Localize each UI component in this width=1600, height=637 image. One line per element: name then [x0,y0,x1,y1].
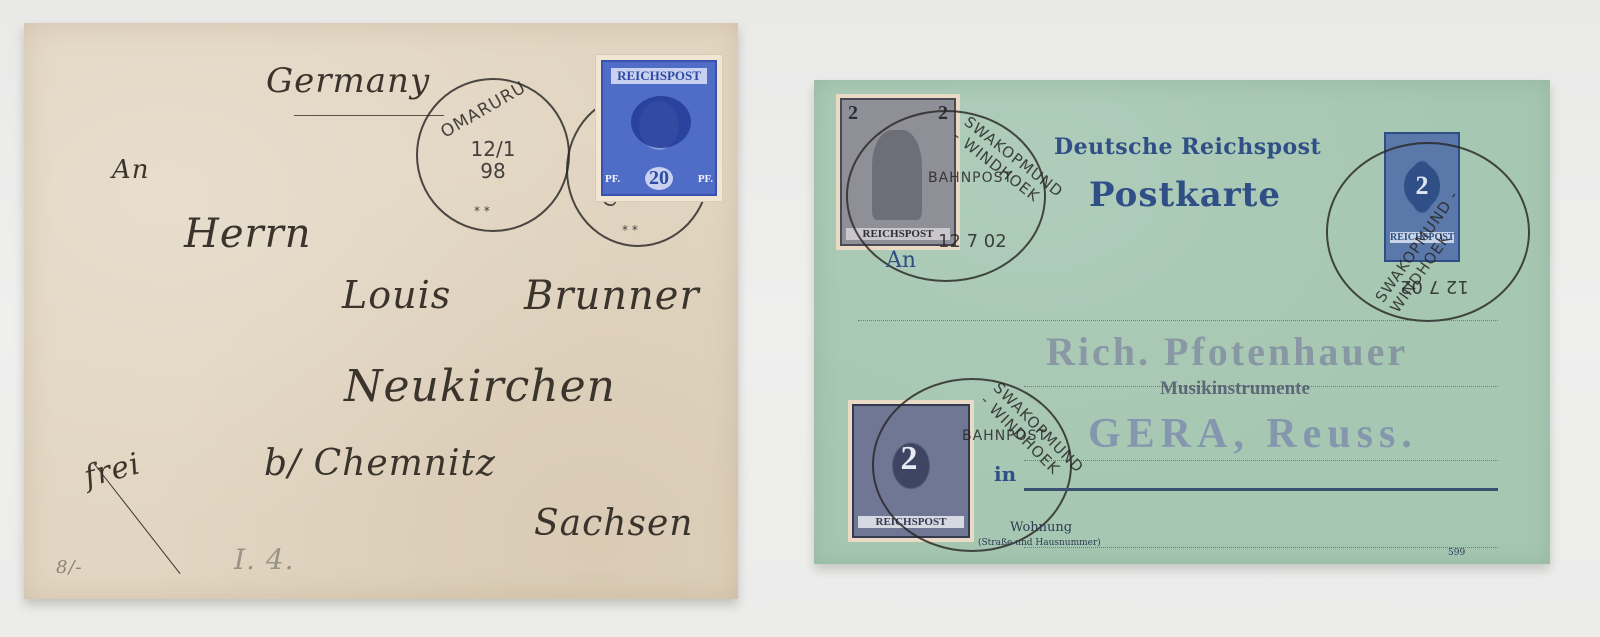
postmark-town: OMARURU [437,78,529,143]
eagle-icon [631,96,691,148]
rubber-stamp-city: GERA, Reuss. [1088,410,1418,458]
postmark-bahnpost-1: SWAKOPMUND - WINDHOEK BAHNPOST 12 7 02 [846,110,1046,282]
postmark-bahnpost: BAHNPOST [962,428,1047,444]
postmark-date-day: 12/1 [458,138,528,160]
stamp-currency-right: PF. [698,173,713,185]
postmark-route: SWAKOPMUND - WINDHOEK [950,113,1067,215]
handwritten-district: b/ Chemnitz [264,443,496,484]
handwritten-town: Neukirchen [344,361,616,412]
underline [294,115,444,116]
postmark-stars: * * [474,204,490,218]
postmark-date: 12 7 02 [1400,276,1469,296]
handwritten-destination-country: Germany [266,61,430,101]
stamp-currency-left: PF. [605,173,620,185]
city-line [1024,488,1498,491]
postmark-stars: * * [622,223,638,237]
postmark-bahnpost: BAHNPOST [928,170,1013,186]
postmark-date: 12 7 02 [938,232,1007,252]
address-line [1024,460,1498,461]
postcard: Deutsche Reichspost Postkarte 2 REICHSPO… [814,80,1550,564]
address-line [858,320,1498,321]
postmark-date: 12/1 98 [458,138,528,182]
postmark-date-year: 98 [458,160,528,182]
form-number: 599 [1448,548,1465,558]
rubber-stamp-trade: Musikinstrumente [1160,378,1310,400]
handwritten-state: Sachsen [534,503,693,544]
handwritten-first-name: Louis [342,273,451,317]
handwritten-salutation: An [112,155,150,185]
city-prefix-in: in [994,462,1016,486]
stamp-top-text: REICHSPOST [611,68,707,84]
rubber-stamp-name: Rich. Pfotenhauer [1046,328,1408,375]
stamp-value: 20 [645,167,673,190]
handwritten-title: Herrn [184,211,312,257]
postmark-bahnpost-2: SWAKOPMUND - WINDHOEK 12 7 02 [1326,142,1530,322]
envelope-cover: Germany An Herrn Louis Brunner Neukirche… [24,23,738,599]
street-sublabel: (Straße und Hausnummer) [978,538,1101,548]
handwritten-last-name: Brunner [524,273,700,319]
street-label: Wohnung [1010,520,1072,535]
address-prefix-an: An [886,248,916,273]
stamp-value-left: 2 [848,102,858,125]
pencil-note-price: 8/- [56,557,83,578]
pencil-note-catalog: I. 4. [234,543,295,576]
stamp-reichspost-20pf: REICHSPOST PF. 20 PF. [596,55,722,201]
postcard-header: Deutsche Reichspost [1054,134,1321,160]
postcard-title: Postkarte [1089,175,1281,215]
postmark-omaruru-1: OMARURU 12/1 98 * * [416,78,570,232]
